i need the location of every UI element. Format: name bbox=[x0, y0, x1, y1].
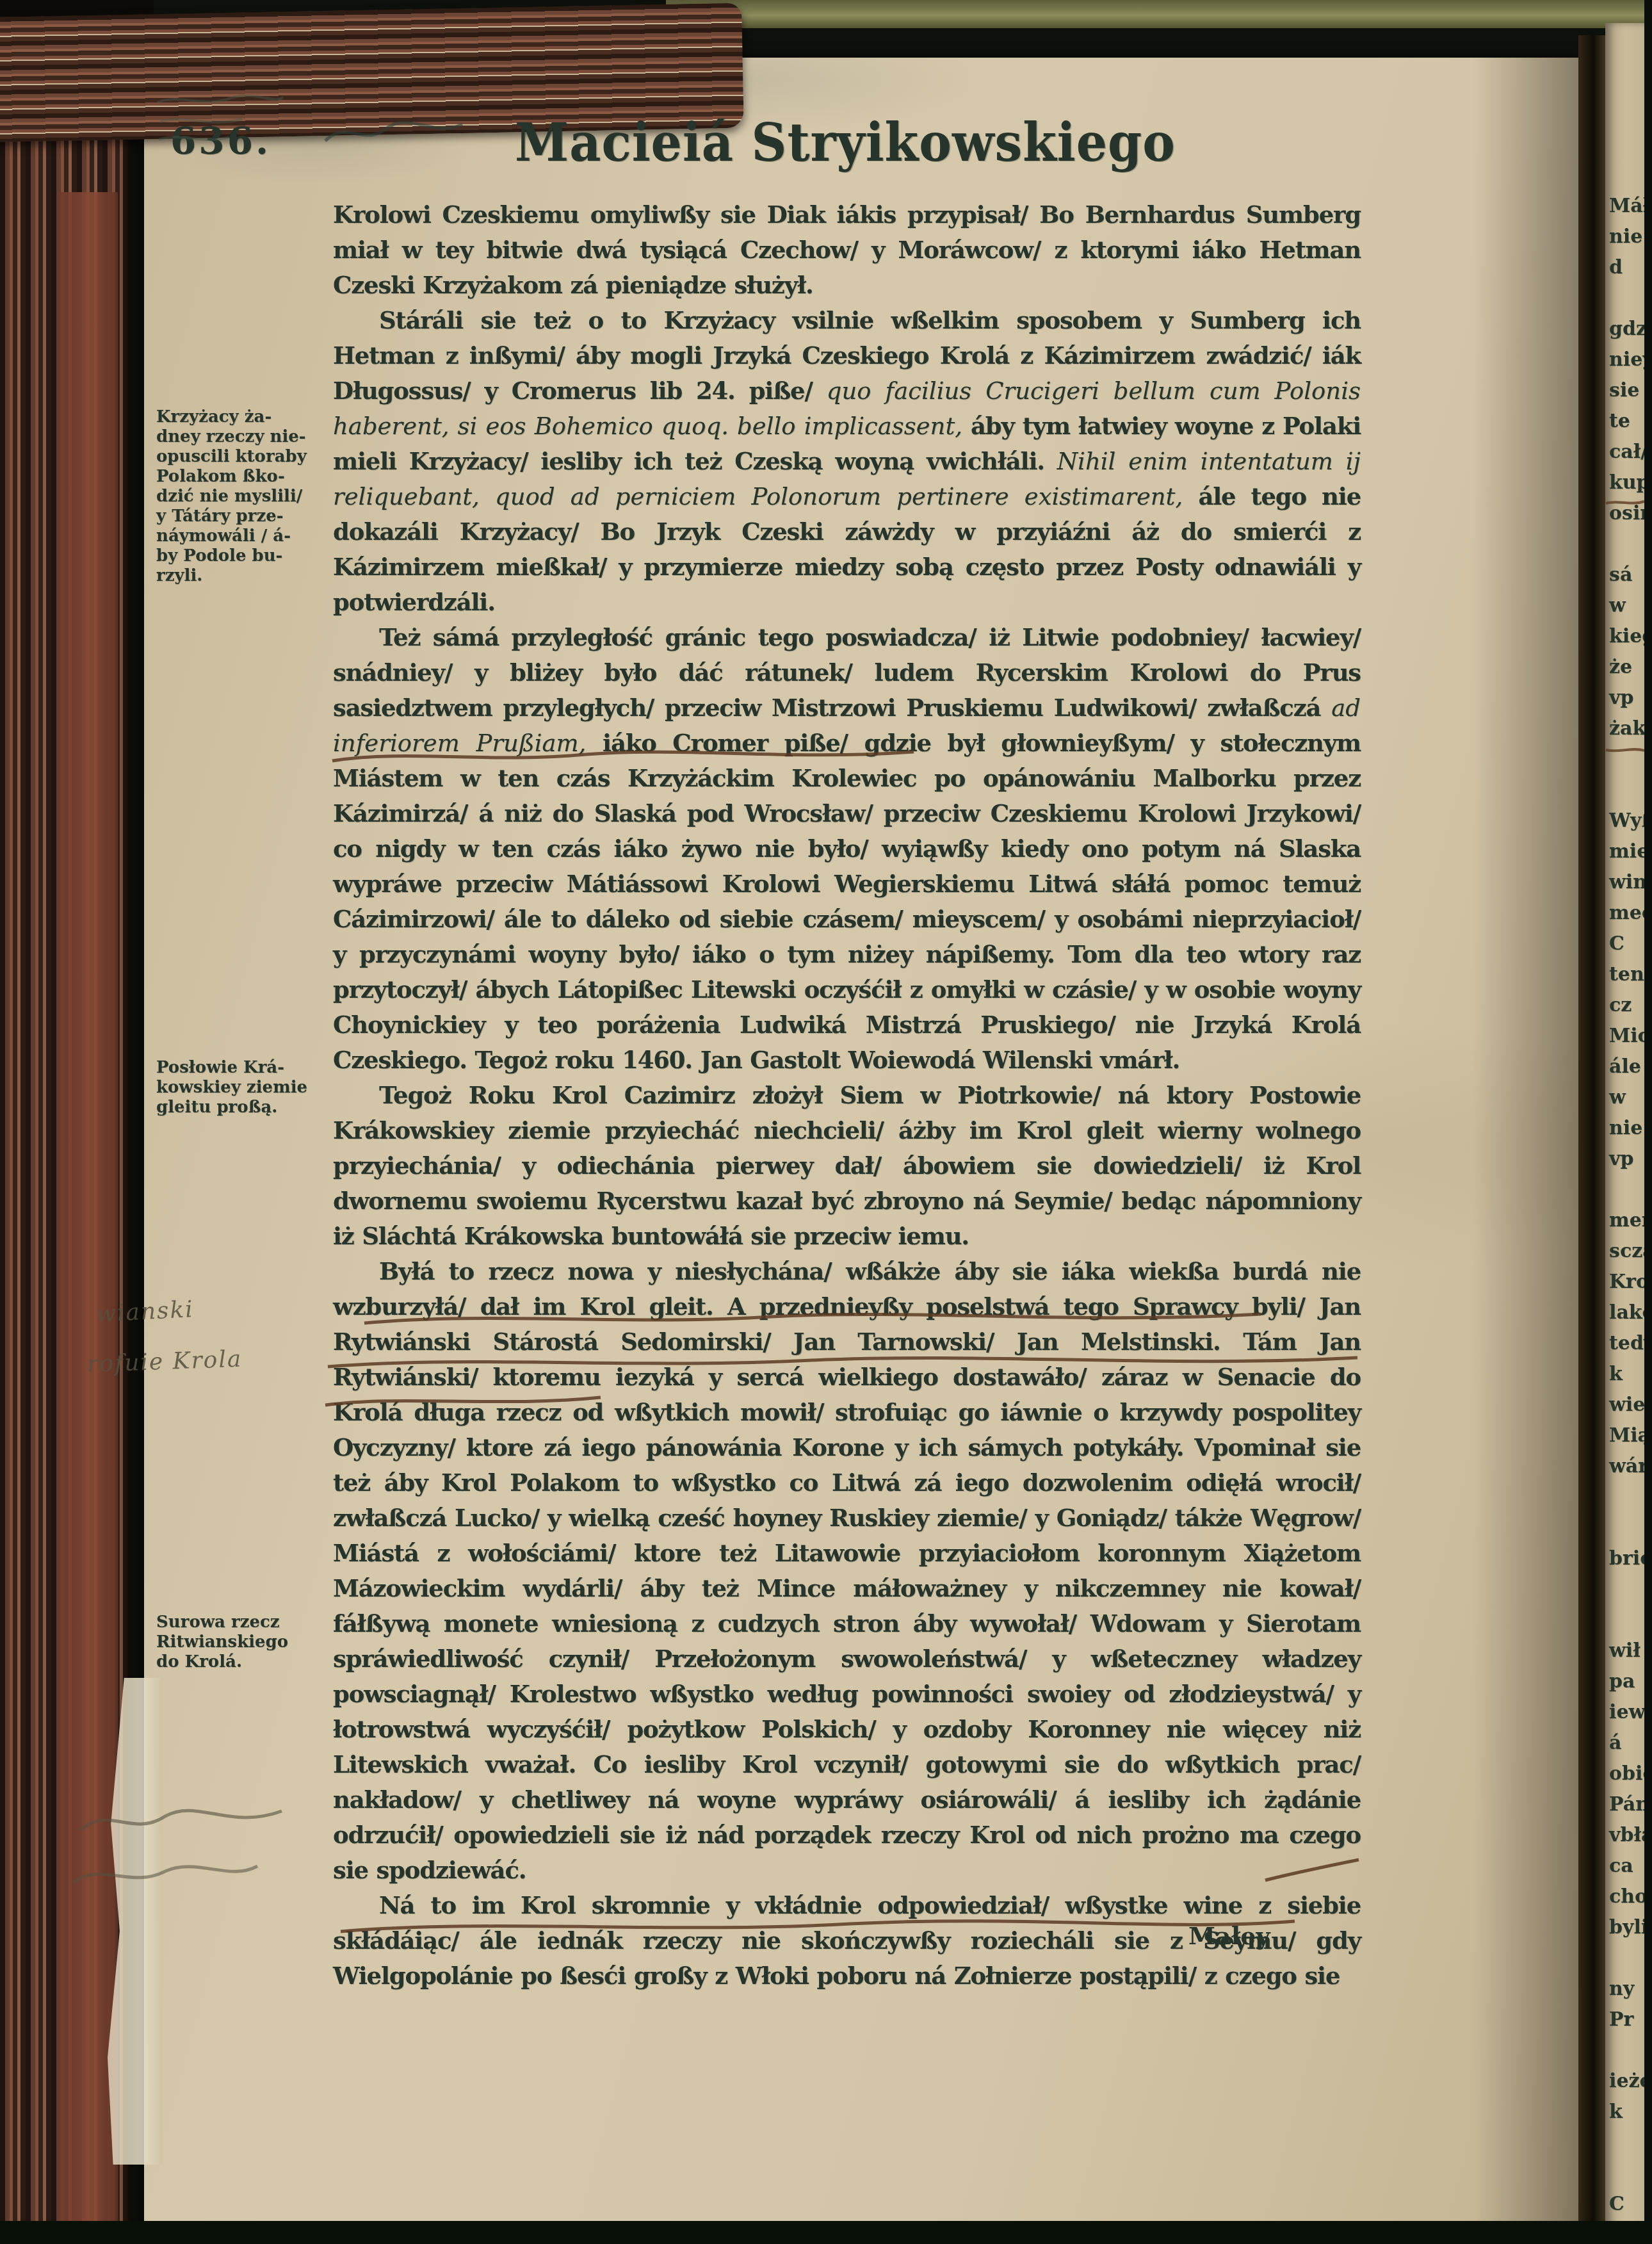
handwriting-note: rofuie Krola bbox=[86, 1346, 243, 1378]
cover-edge bbox=[59, 192, 118, 2244]
facing-page-sliver: Máł nie d gdzie nieyß sie te cał/ kupi o… bbox=[1605, 23, 1646, 2244]
page-number: 636. bbox=[170, 119, 271, 163]
body-text-column: Krolowi Czeskiemu omyliwßy sie Diak iáki… bbox=[333, 197, 1361, 1994]
background-right bbox=[1644, 0, 1652, 2244]
margin-note: Surowa rzecz Ritwianskiego do Krolá. bbox=[156, 1613, 336, 1672]
headband bbox=[666, 0, 1652, 28]
margin-note: Krzyżacy ża- dney rzeczy nie- opuscili k… bbox=[156, 407, 336, 586]
book-fold bbox=[1578, 35, 1605, 2244]
background-bottom bbox=[0, 2221, 1652, 2244]
body-paragraph-4: Tegoż Roku Krol Cazimirz złożył Siem w P… bbox=[333, 1078, 1361, 1254]
facing-page-fragments: Máł nie d gdzie nieyß sie te cał/ kupi o… bbox=[1609, 191, 1646, 2220]
catchword: Małey bbox=[1188, 1921, 1270, 1950]
handwriting-note: wianski bbox=[95, 1296, 195, 1328]
body-paragraph-2: Stáráli sie też o to Krzyżacy vsilnie wß… bbox=[333, 303, 1361, 620]
paragraph-text: iáko Cromer piße/ gdzie był głownieyßym/… bbox=[333, 729, 1361, 1074]
body-paragraph-3: Też sámá przyległość gránic tego poswiad… bbox=[333, 620, 1361, 1078]
paragraph-text: Też sámá przyległość gránic tego poswiad… bbox=[333, 623, 1361, 722]
book-scan: Máł nie d gdzie nieyß sie te cał/ kupi o… bbox=[0, 0, 1652, 2244]
margin-note: Posłowie Krá- kowskiey ziemie gleitu pro… bbox=[156, 1058, 336, 1118]
body-paragraph-5: Byłá to rzecz nowa y niesłychána/ wßákże… bbox=[333, 1254, 1361, 1888]
running-title: Macieiá Stryikowskiego bbox=[333, 111, 1357, 173]
body-paragraph-1: Krolowi Czeskiemu omyliwßy sie Diak iáki… bbox=[333, 197, 1361, 303]
gutter-shadow bbox=[1473, 58, 1585, 2235]
